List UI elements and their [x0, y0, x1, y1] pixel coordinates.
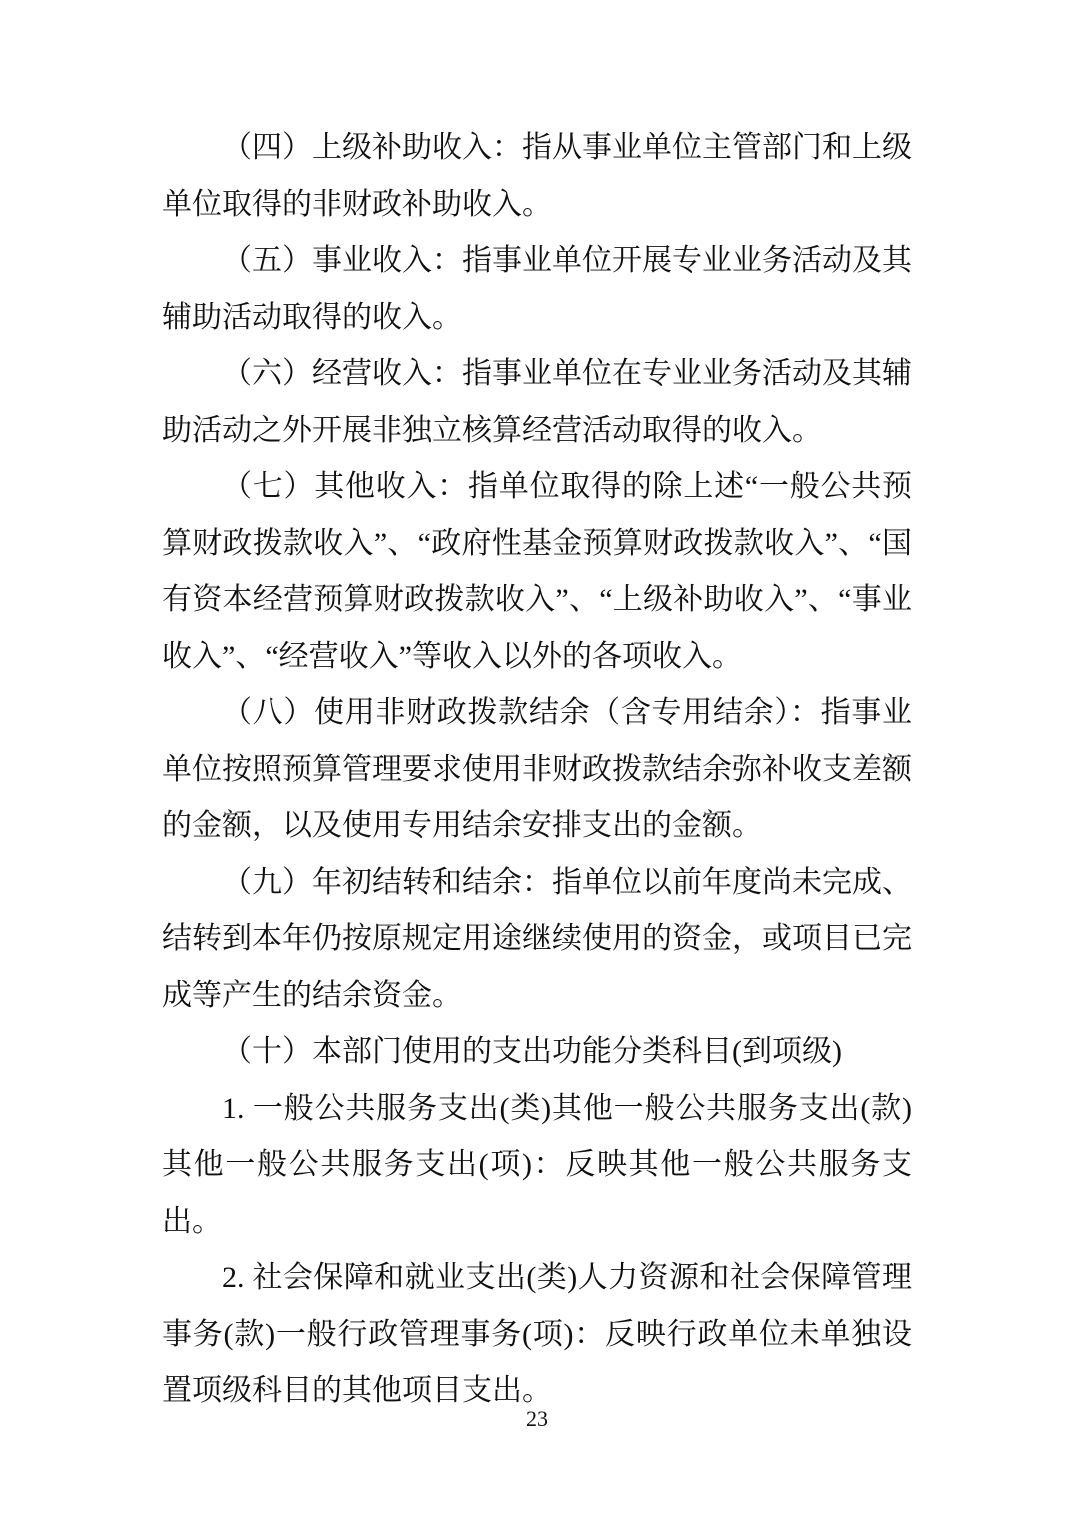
- document-body: （四）上级补助收入：指从事业单位主管部门和上级单位取得的非财政补助收入。 （五）…: [162, 120, 912, 1420]
- paragraph-item-9-beginning-year-carryover: （九）年初结转和结余：指单位以前年度尚未完成、结转到本年仍按原规定用途继续使用的…: [162, 855, 912, 1025]
- paragraph-item-5-institution-income: （五）事业收入：指事业单位开展专业业务活动及其辅助活动取得的收入。: [162, 233, 912, 346]
- paragraph-subitem-2-social-security-employment: 2. 社会保障和就业支出(类)人力资源和社会保障管理事务(款)一般行政管理事务(…: [162, 1250, 912, 1420]
- paragraph-subitem-1-general-public-services: 1. 一般公共服务支出(类)其他一般公共服务支出(款)其他一般公共服务支出(项)…: [162, 1081, 912, 1251]
- paragraph-item-4-superior-subsidy-income: （四）上级补助收入：指从事业单位主管部门和上级单位取得的非财政补助收入。: [162, 120, 912, 233]
- paragraph-item-10-expenditure-function-categories: （十）本部门使用的支出功能分类科目(到项级): [162, 1024, 912, 1081]
- paragraph-item-6-operating-income: （六）经营收入：指事业单位在专业业务活动及其辅助活动之外开展非独立核算经营活动取…: [162, 346, 912, 459]
- page-number: 23: [0, 1403, 1074, 1435]
- paragraph-item-8-non-fiscal-carryover-use: （八）使用非财政拨款结余（含专用结余）：指事业单位按照预算管理要求使用非财政拨款…: [162, 685, 912, 855]
- document-page: （四）上级补助收入：指从事业单位主管部门和上级单位取得的非财政补助收入。 （五）…: [0, 0, 1074, 1520]
- paragraph-item-7-other-income: （七）其他收入：指单位取得的除上述“一般公共预算财政拨款收入”、“政府性基金预算…: [162, 459, 912, 685]
